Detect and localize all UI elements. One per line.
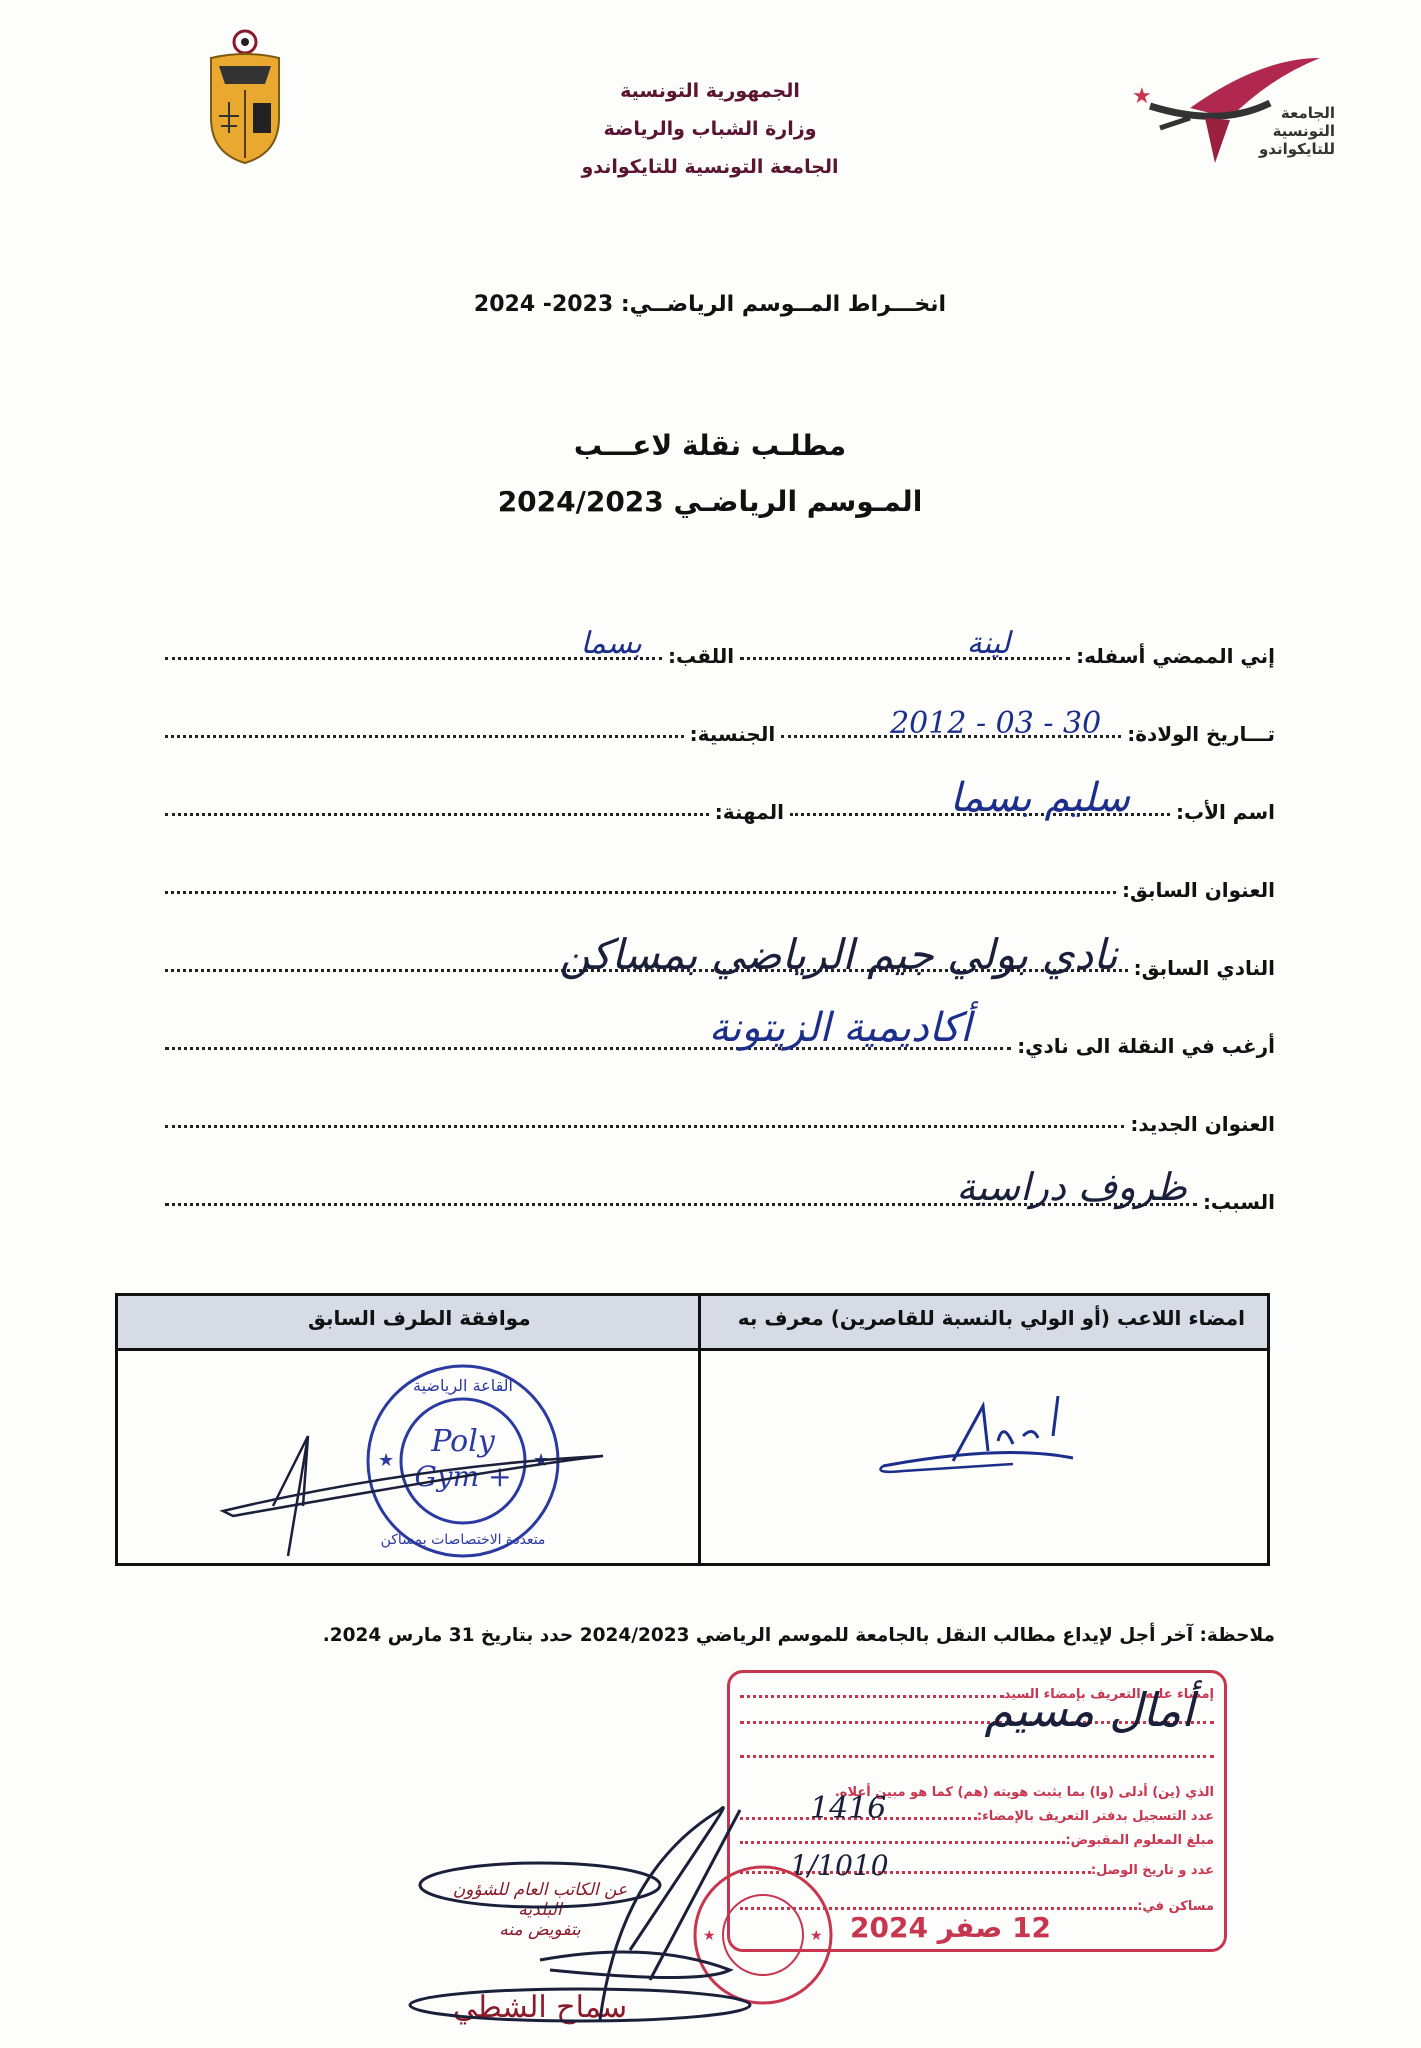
stamp-registration-label: عدد التسجيل بدفتر التعريف بالإمضاء: (977, 1809, 1214, 1824)
prev-club-label: النادي السابق: (1128, 956, 1275, 980)
official-signature-icon (400, 1790, 820, 2044)
form-row-new-address: العنوان الجديد: (165, 1096, 1275, 1136)
club-stamp-icon: Poly Gym + القاعة الرياضية متعددة الاختص… (213, 1356, 613, 1565)
father-label: اسم الأب: (1170, 800, 1275, 824)
nationality-label: الجنسية: (684, 722, 782, 746)
tunisia-coat-of-arms-icon (205, 28, 285, 168)
signature-table: امضاء اللاعب (أو الولي بالنسبة للقاصرين)… (115, 1293, 1270, 1566)
stamp-registration-value: 1416 (810, 1791, 886, 1826)
deadline-note: ملاحظة: آخر أجل لإيداع مطالب النقل بالجا… (300, 1625, 1275, 1646)
undersigned-label: إني الممضي أسفله: (1070, 644, 1275, 668)
undersigned-value: لينة (967, 626, 1010, 661)
player-signature-header: امضاء اللاعب (أو الولي بالنسبة للقاصرين)… (738, 1306, 1245, 1330)
previous-party-header: موافقة الطرف السابق (308, 1306, 531, 1330)
form-row-prev-address: العنوان السابق: (165, 862, 1275, 902)
title-line-season: المـوسم الرياضـي 2024/2023 (380, 474, 1040, 530)
header-line-federation: الجامعة التونسية للتايكواندو (480, 148, 940, 186)
svg-text:التونسية: التونسية (1273, 122, 1335, 140)
father-value: سليم بسما (950, 775, 1130, 821)
page-title: مطلـب نقلة لاعـــب المـوسم الرياضـي 2024… (380, 418, 1040, 530)
svg-text:متعددة الاختصاصات بمساكن: متعددة الاختصاصات بمساكن (381, 1532, 546, 1548)
prev-address-field[interactable] (165, 891, 1116, 894)
reason-value: ظروف دراسية (956, 1165, 1187, 1209)
header-line-ministry: وزارة الشباب والرياضة (480, 110, 940, 148)
svg-text:الجامعة: الجامعة (1281, 104, 1335, 122)
prev-club-field[interactable]: نادي بولي جيم الرياضي بمساكن (165, 969, 1128, 972)
stamp-fee-label: مبلغ المعلوم المقبوض: (1065, 1833, 1214, 1848)
svg-text:★: ★ (378, 1450, 394, 1471)
form-row-birth: تـــاريخ الولادة: 2012 - 03 - 30 الجنسية… (165, 706, 1275, 746)
svg-text:★: ★ (1132, 84, 1152, 109)
prev-address-label: العنوان السابق: (1116, 878, 1275, 902)
form-row-reason: السبب: ظروف دراسية (165, 1174, 1275, 1214)
season-line: انخـــراط المــوسم الرياضــي: 2023- 2024 (380, 292, 1040, 317)
surname-value: بسما (580, 626, 642, 661)
svg-text:Poly: Poly (430, 1424, 496, 1459)
reason-label: السبب: (1197, 1190, 1275, 1214)
player-signature-icon (863, 1366, 1123, 1480)
stamp-receipt-label: عدد و تاريخ الوصل: (1091, 1863, 1214, 1878)
stamp-place-label: مساكن في: (1137, 1899, 1214, 1914)
header-ministry-text: الجمهورية التونسية وزارة الشباب والرياضة… (480, 72, 940, 186)
new-address-label: العنوان الجديد: (1124, 1112, 1275, 1136)
form-row-name: إني الممضي أسفله: لينة اللقب: بسما (165, 628, 1275, 668)
form-row-new-club: أرغب في النقلة الى نادي: أكاديمية الزيتو… (165, 1018, 1275, 1058)
nationality-field[interactable] (165, 735, 684, 738)
profession-field[interactable] (165, 813, 709, 816)
father-field[interactable]: سليم بسما (790, 813, 1170, 816)
prev-club-value: نادي بولي جيم الرياضي بمساكن (559, 930, 1117, 979)
taekwondo-federation-logo-icon: ★ الجامعة التونسية للتايكواندو (1120, 48, 1340, 168)
stamp-date-value: 12 صفر 2024 (850, 1911, 1051, 1944)
form-row-father: اسم الأب: سليم بسما المهنة: (165, 784, 1275, 824)
svg-text:القاعة الرياضية: القاعة الرياضية (413, 1376, 513, 1396)
stamp-identity-text: الذي (ين) أدلى (وا) بما يثبت هويته (هم) … (835, 1785, 1214, 1800)
stamp-handwritten-name: أمال مسيم (984, 1683, 1194, 1737)
new-club-field[interactable]: أكاديمية الزيتونة (165, 1047, 1011, 1050)
undersigned-field[interactable]: لينة (740, 657, 1070, 660)
profession-label: المهنة: (709, 800, 790, 824)
title-line-request: مطلـب نقلة لاعـــب (380, 418, 1040, 474)
surname-field[interactable]: بسما (165, 657, 662, 660)
birthdate-value: 2012 - 03 - 30 (890, 706, 1101, 741)
new-club-value: أكاديمية الزيتونة (709, 1005, 971, 1051)
new-address-field[interactable] (165, 1125, 1124, 1128)
birthdate-field[interactable]: 2012 - 03 - 30 (781, 735, 1121, 738)
reason-field[interactable]: ظروف دراسية (165, 1203, 1197, 1206)
form-row-prev-club: النادي السابق: نادي بولي جيم الرياضي بمس… (165, 940, 1275, 980)
surname-label: اللقب: (662, 644, 740, 668)
table-divider (698, 1296, 701, 1563)
birthdate-label: تـــاريخ الولادة: (1121, 722, 1275, 746)
svg-text:للتايكواندو: للتايكواندو (1258, 140, 1335, 158)
header-line-republic: الجمهورية التونسية (480, 72, 940, 110)
new-club-label: أرغب في النقلة الى نادي: (1011, 1034, 1275, 1058)
